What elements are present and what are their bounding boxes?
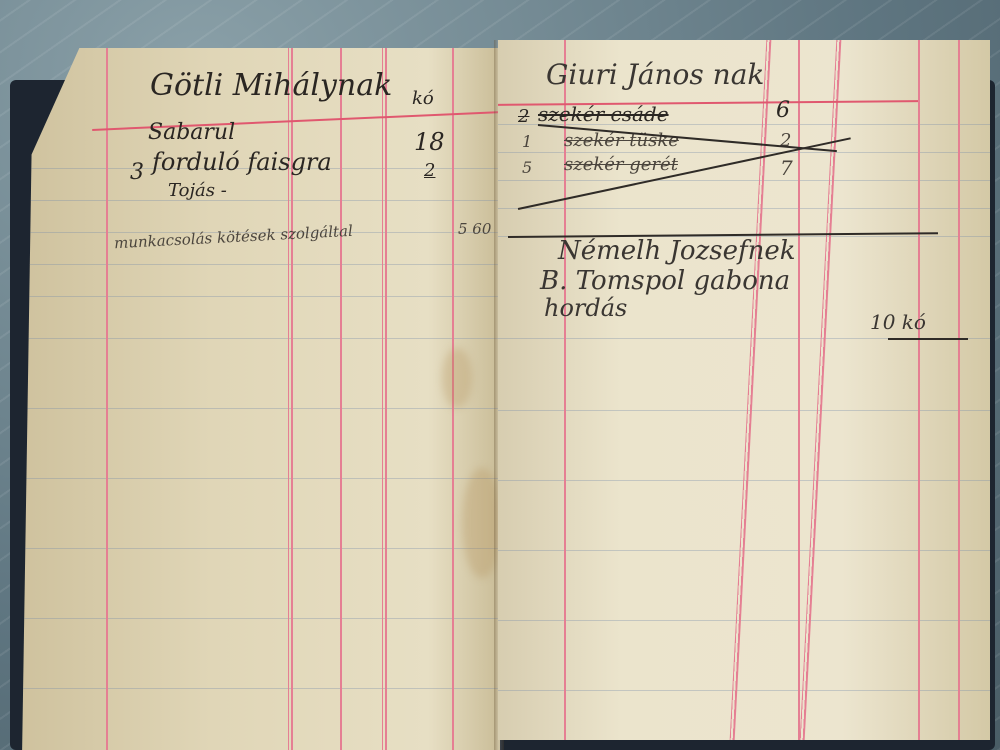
ruled-line [498,690,990,691]
ruled-line [498,152,990,153]
ruled-line [498,180,990,181]
column-rule [798,40,800,740]
entry-text: forduló faisgra [152,148,332,176]
note-amount: 5 60 [458,220,491,238]
column-rule [918,40,920,740]
margin-rule [106,48,108,750]
crossed-entry: szekér csáde [538,102,669,126]
crossed-qty: 5 [522,158,532,177]
water-stain [442,348,472,408]
entry-qty: 3 [130,160,144,185]
unit-header: kó [412,88,434,109]
crossed-amount: 2 [780,130,791,151]
entry-line: B. Tomspol gabona [540,266,790,296]
crossed-qty: 2 [518,106,529,127]
crossed-amount: 7 [780,156,793,180]
column-rule [382,48,387,750]
ruled-line [498,410,990,411]
entry-line: hordás [544,294,627,322]
amount-underline [888,338,968,340]
ruled-line [22,264,500,265]
ruled-line [22,688,500,689]
ruled-line [498,620,990,621]
ruled-line [22,200,500,201]
left-page: Götli Mihálynak kó Sabarul 3 forduló fai… [22,48,500,750]
entry-text: Sabarul [148,120,235,145]
ruled-line [22,548,500,549]
column-rule [958,40,960,740]
entry-text: Tojás - [168,180,227,201]
entry-amount: 2 [424,160,435,181]
right-page: Giuri János nak 2 szekér csáde 6 1 szeké… [498,40,990,740]
entry-amount: 18 [414,128,445,156]
crossed-entry: szekér tüske [564,130,679,151]
crossed-amount: 6 [776,98,790,123]
note-text: munkacsolás kötések szolgáltal [114,222,354,252]
left-page-header: Götli Mihálynak [150,68,392,103]
column-rule [340,48,342,750]
ruled-line [22,296,500,297]
ruled-line [22,408,500,409]
ruled-line [498,208,990,209]
crossed-entry: szekér gerét [564,154,678,175]
entry-line: Némelh Jozsefnek [558,236,796,266]
ruled-line [22,338,500,339]
entry-amount: 10 kó [870,310,926,334]
ruled-line [22,478,500,479]
ruled-line [22,618,500,619]
right-page-header: Giuri János nak [546,58,764,91]
crossed-qty: 1 [522,132,532,151]
